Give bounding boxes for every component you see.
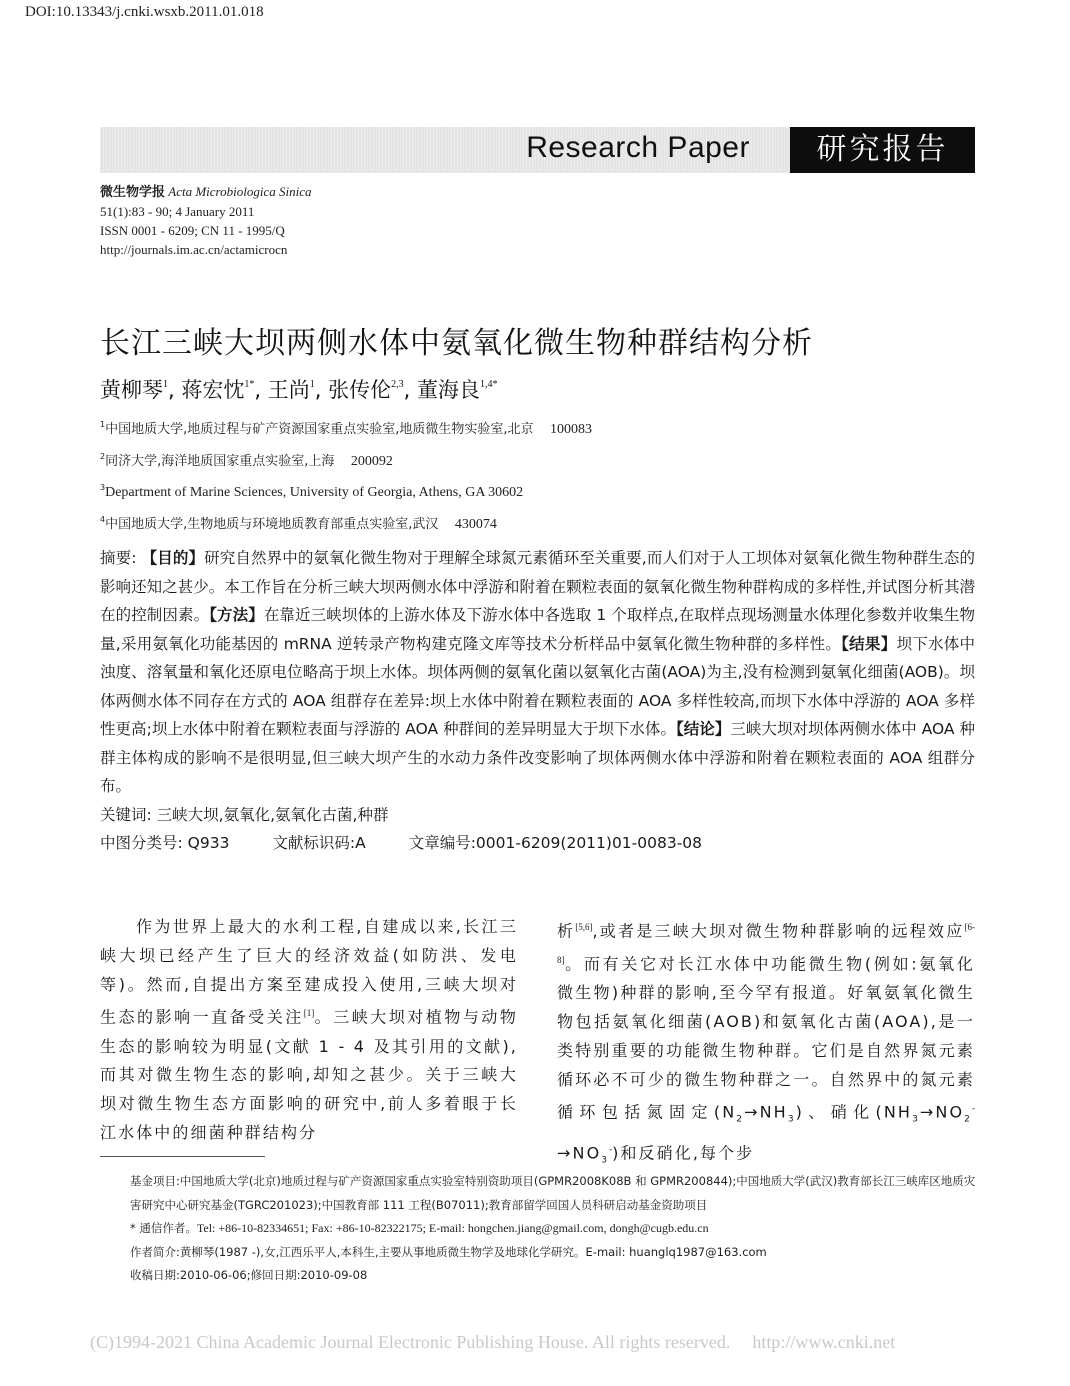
affiliation: 1中国地质大学,地质过程与矿产资源国家重点实验室,地质微生物实验室,北京 100…: [100, 412, 592, 444]
author-bio-note: 作者简介:黄柳琴(1987 -),女,江西乐平人,本科生,主要从事地质微生物学及…: [130, 1241, 976, 1265]
body-column-left: 作为世界上最大的水利工程,自建成以来,长江三峡大坝已经产生了巨大的经济效益(如防…: [100, 913, 518, 1148]
classification-line: 中图分类号: Q933 文献标识码:A 文章编号:0001-6209(2011)…: [100, 829, 975, 858]
abstract-body: 摘要: 【目的】研究自然界中的氨氧化微生物对于理解全球氮元素循环至关重要,而人们…: [100, 544, 975, 801]
journal-name-line: 微生物学报 Acta Microbiologica Sinica: [100, 182, 311, 202]
journal-info: 微生物学报 Acta Microbiologica Sinica 51(1):8…: [100, 182, 311, 259]
abstract-objective-tag: 【目的】: [142, 549, 205, 567]
doc-code-value: A: [355, 834, 366, 852]
funding-note: 基金项目:中国地质大学(北京)地质过程与矿产资源国家重点实验室特别资助项目(GP…: [130, 1170, 976, 1217]
author-affil-mark: 1*: [244, 379, 254, 390]
affiliation: 2同济大学,海洋地质国家重点实验室,上海 200092: [100, 444, 592, 476]
dates-note: 收稿日期:2010-06-06;修回日期:2010-09-08: [130, 1264, 976, 1288]
abstract-methods-tag: 【方法】: [209, 606, 264, 624]
article-no-label: 文章编号:: [409, 834, 476, 852]
author: 蒋宏忱: [181, 378, 244, 402]
author-affil-mark: 1: [310, 379, 315, 390]
abstract-conclusion-tag: 【结论】: [676, 720, 730, 738]
journal-name-en: Acta Microbiologica Sinica: [168, 184, 311, 199]
doi-text: DOI:10.13343/j.cnki.wsxb.2011.01.018: [25, 4, 264, 21]
body-paragraph: 作为世界上最大的水利工程,自建成以来,长江三峡大坝已经产生了巨大的经济效益(如防…: [100, 913, 518, 1148]
abstract-results-tag: 【结果】: [841, 635, 896, 653]
journal-url[interactable]: http://journals.im.ac.cn/actamicrocn: [100, 240, 311, 259]
author-affil-mark: 1: [163, 379, 168, 390]
body-column-right: 析[5,6],或者是三峡大坝对微生物种群影响的远程效应[6-8]。而有关它对长江…: [557, 913, 975, 1175]
journal-name-cn: 微生物学报: [100, 185, 165, 200]
cnki-link[interactable]: http://www.cnki.net: [752, 1332, 895, 1352]
affiliation-list: 1中国地质大学,地质过程与矿产资源国家重点实验室,地质微生物实验室,北京 100…: [100, 412, 592, 538]
banner-article-type: 研究报告: [790, 127, 975, 173]
abstract: 摘要: 【目的】研究自然界中的氨氧化微生物对于理解全球氮元素循环至关重要,而人们…: [100, 544, 975, 858]
article-no-value: 0001-6209(2011)01-0083-08: [476, 834, 702, 852]
body-paragraph: 析[5,6],或者是三峡大坝对微生物种群影响的远程效应[6-8]。而有关它对长江…: [557, 913, 975, 1175]
author-list: 黄柳琴1, 蒋宏忱1*, 王尚1, 张传伦2,3, 董海良1,4*: [100, 374, 497, 404]
keywords: 三峡大坝,氨氧化,氨氧化古菌,种群: [157, 806, 389, 824]
clc-value: Q933: [188, 834, 230, 852]
journal-banner: Research Paper 研究报告: [100, 127, 975, 173]
author: 张传伦: [328, 378, 391, 402]
clc-label: 中图分类号:: [100, 834, 183, 852]
corresponding-note: * 通信作者。Tel: +86-10-82334651; Fax: +86-10…: [130, 1217, 976, 1241]
journal-issue: 51(1):83 - 90; 4 January 2011: [100, 202, 311, 221]
affiliation: 4中国地质大学,生物地质与环境地质教育部重点实验室,武汉 430074: [100, 507, 592, 539]
keywords-label: 关键词:: [100, 806, 152, 824]
abstract-label: 摘要:: [100, 549, 137, 567]
doc-code-label: 文献标识码:: [272, 834, 355, 852]
banner-research-paper: Research Paper: [526, 131, 750, 165]
keywords-line: 关键词: 三峡大坝,氨氧化,氨氧化古菌,种群: [100, 801, 975, 830]
footnotes: 基金项目:中国地质大学(北京)地质过程与矿产资源国家重点实验室特别资助项目(GP…: [130, 1170, 976, 1288]
citation-ref[interactable]: [1]: [304, 1008, 315, 1018]
author-affil-mark: 2,3: [391, 379, 404, 390]
paper-title: 长江三峡大坝两侧水体中氨氧化微生物种群结构分析: [100, 318, 813, 362]
affiliation: 3Department of Marine Sciences, Universi…: [100, 475, 592, 507]
author-affil-mark: 1,4*: [480, 379, 498, 390]
journal-issn: ISSN 0001 - 6209; CN 11 - 1995/Q: [100, 221, 311, 240]
author: 董海良: [417, 378, 480, 402]
citation-ref[interactable]: [5,6]: [575, 922, 592, 932]
copyright-watermark: (C)1994-2021 China Academic Journal Elec…: [90, 1332, 895, 1353]
author: 黄柳琴: [100, 378, 163, 402]
footnote-divider: [100, 1156, 265, 1157]
author: 王尚: [268, 378, 310, 402]
